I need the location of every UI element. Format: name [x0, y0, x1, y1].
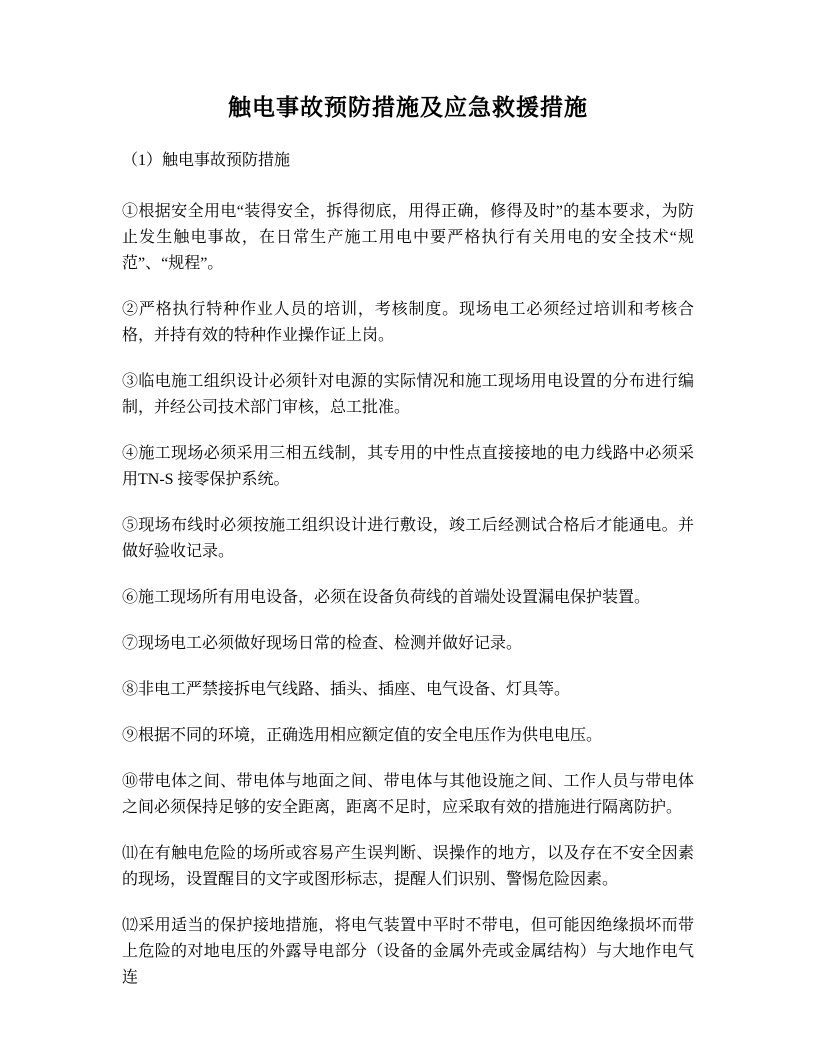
paragraph-text: 非电工严禁接拆电气线路、插头、插座、电气设备、灯具等。 [138, 681, 570, 698]
paragraph-item-3: ③临电施工组织设计必须针对电源的实际情况和施工现场用电设置的分布进行编制，并经公… [122, 369, 694, 421]
paragraph-marker: ⑤ [122, 517, 138, 534]
paragraph-text: 严格执行特种作业人员的培训，考核制度。现场电工必须经过培训和考核合格，并持有效的… [122, 301, 694, 344]
paragraph-text: 根据安全用电“装得安全，拆得彻底，用得正确，修得及时”的基本要求，为防止发生触电… [122, 203, 694, 272]
document-page: 触电事故预防措施及应急救援措施 （1）触电事故预防措施 ①根据安全用电“装得安全… [0, 0, 816, 1056]
paragraph-text: 现场布线时必须按施工组织设计进行敷设，竣工后经测试合格后才能通电。并做好验收记录… [122, 517, 694, 560]
paragraph-item-7: ⑦现场电工必须做好现场日常的检查、检测并做好记录。 [122, 631, 694, 657]
paragraph-marker: ④ [122, 445, 138, 462]
paragraph-text: 带电体之间、带电体与地面之间、带电体与其他设施之间、工作人员与带电体之间必须保持… [122, 773, 694, 816]
paragraph-text: 现场电工必须做好现场日常的检查、检测并做好记录。 [138, 635, 522, 652]
paragraph-marker: ⑥ [122, 589, 138, 606]
paragraph-item-11: ⑾在有触电危险的场所或容易产生误判断、误操作的地方，以及存在不安全因素的现场，设… [122, 841, 694, 893]
paragraph-marker: ② [122, 301, 139, 318]
paragraph-marker: ⑿ [122, 917, 138, 934]
paragraph-item-10: ⑩带电体之间、带电体与地面之间、带电体与其他设施之间、工作人员与带电体之间必须保… [122, 769, 694, 821]
paragraph-text: 施工现场必须采用三相五线制，其专用的中性点直接接地的电力线路中必须采用TN-S … [122, 445, 694, 488]
paragraph-marker: ① [122, 203, 138, 220]
paragraph-item-8: ⑧非电工严禁接拆电气线路、插头、插座、电气设备、灯具等。 [122, 677, 694, 703]
paragraph-text: 根据不同的环境，正确选用相应额定值的安全电压作为供电电压。 [138, 727, 602, 744]
document-title: 触电事故预防措施及应急救援措施 [122, 93, 694, 121]
section-heading: （1）触电事故预防措施 [122, 151, 694, 171]
paragraph-list: ①根据安全用电“装得安全，拆得彻底，用得正确，修得及时”的基本要求，为防止发生触… [122, 199, 694, 991]
paragraph-text: 施工现场所有用电设备，必须在设备负荷线的首端处设置漏电保护装置。 [138, 589, 650, 606]
paragraph-text: 采用适当的保护接地措施，将电气装置中平时不带电，但可能因绝缘损坏而带上危险的对地… [122, 917, 694, 986]
paragraph-marker: ⑦ [122, 635, 138, 652]
paragraph-item-1: ①根据安全用电“装得安全，拆得彻底，用得正确，修得及时”的基本要求，为防止发生触… [122, 199, 694, 277]
paragraph-marker: ⑩ [122, 773, 138, 790]
paragraph-marker: ⑨ [122, 727, 138, 744]
paragraph-item-5: ⑤现场布线时必须按施工组织设计进行敷设，竣工后经测试合格后才能通电。并做好验收记… [122, 513, 694, 565]
paragraph-marker: ⑧ [122, 681, 138, 698]
paragraph-text: 在有触电危险的场所或容易产生误判断、误操作的地方，以及存在不安全因素的现场，设置… [122, 845, 694, 888]
paragraph-text: 临电施工组织设计必须针对电源的实际情况和施工现场用电设置的分布进行编制，并经公司… [122, 373, 694, 416]
paragraph-item-12: ⑿采用适当的保护接地措施，将电气装置中平时不带电，但可能因绝缘损坏而带上危险的对… [122, 913, 694, 991]
paragraph-item-6: ⑥施工现场所有用电设备，必须在设备负荷线的首端处设置漏电保护装置。 [122, 585, 694, 611]
paragraph-marker: ⑾ [122, 845, 138, 862]
paragraph-marker: ③ [122, 373, 138, 390]
paragraph-item-4: ④施工现场必须采用三相五线制，其专用的中性点直接接地的电力线路中必须采用TN-S… [122, 441, 694, 493]
paragraph-item-2: ②严格执行特种作业人员的培训，考核制度。现场电工必须经过培训和考核合格，并持有效… [122, 297, 694, 349]
paragraph-item-9: ⑨根据不同的环境，正确选用相应额定值的安全电压作为供电电压。 [122, 723, 694, 749]
